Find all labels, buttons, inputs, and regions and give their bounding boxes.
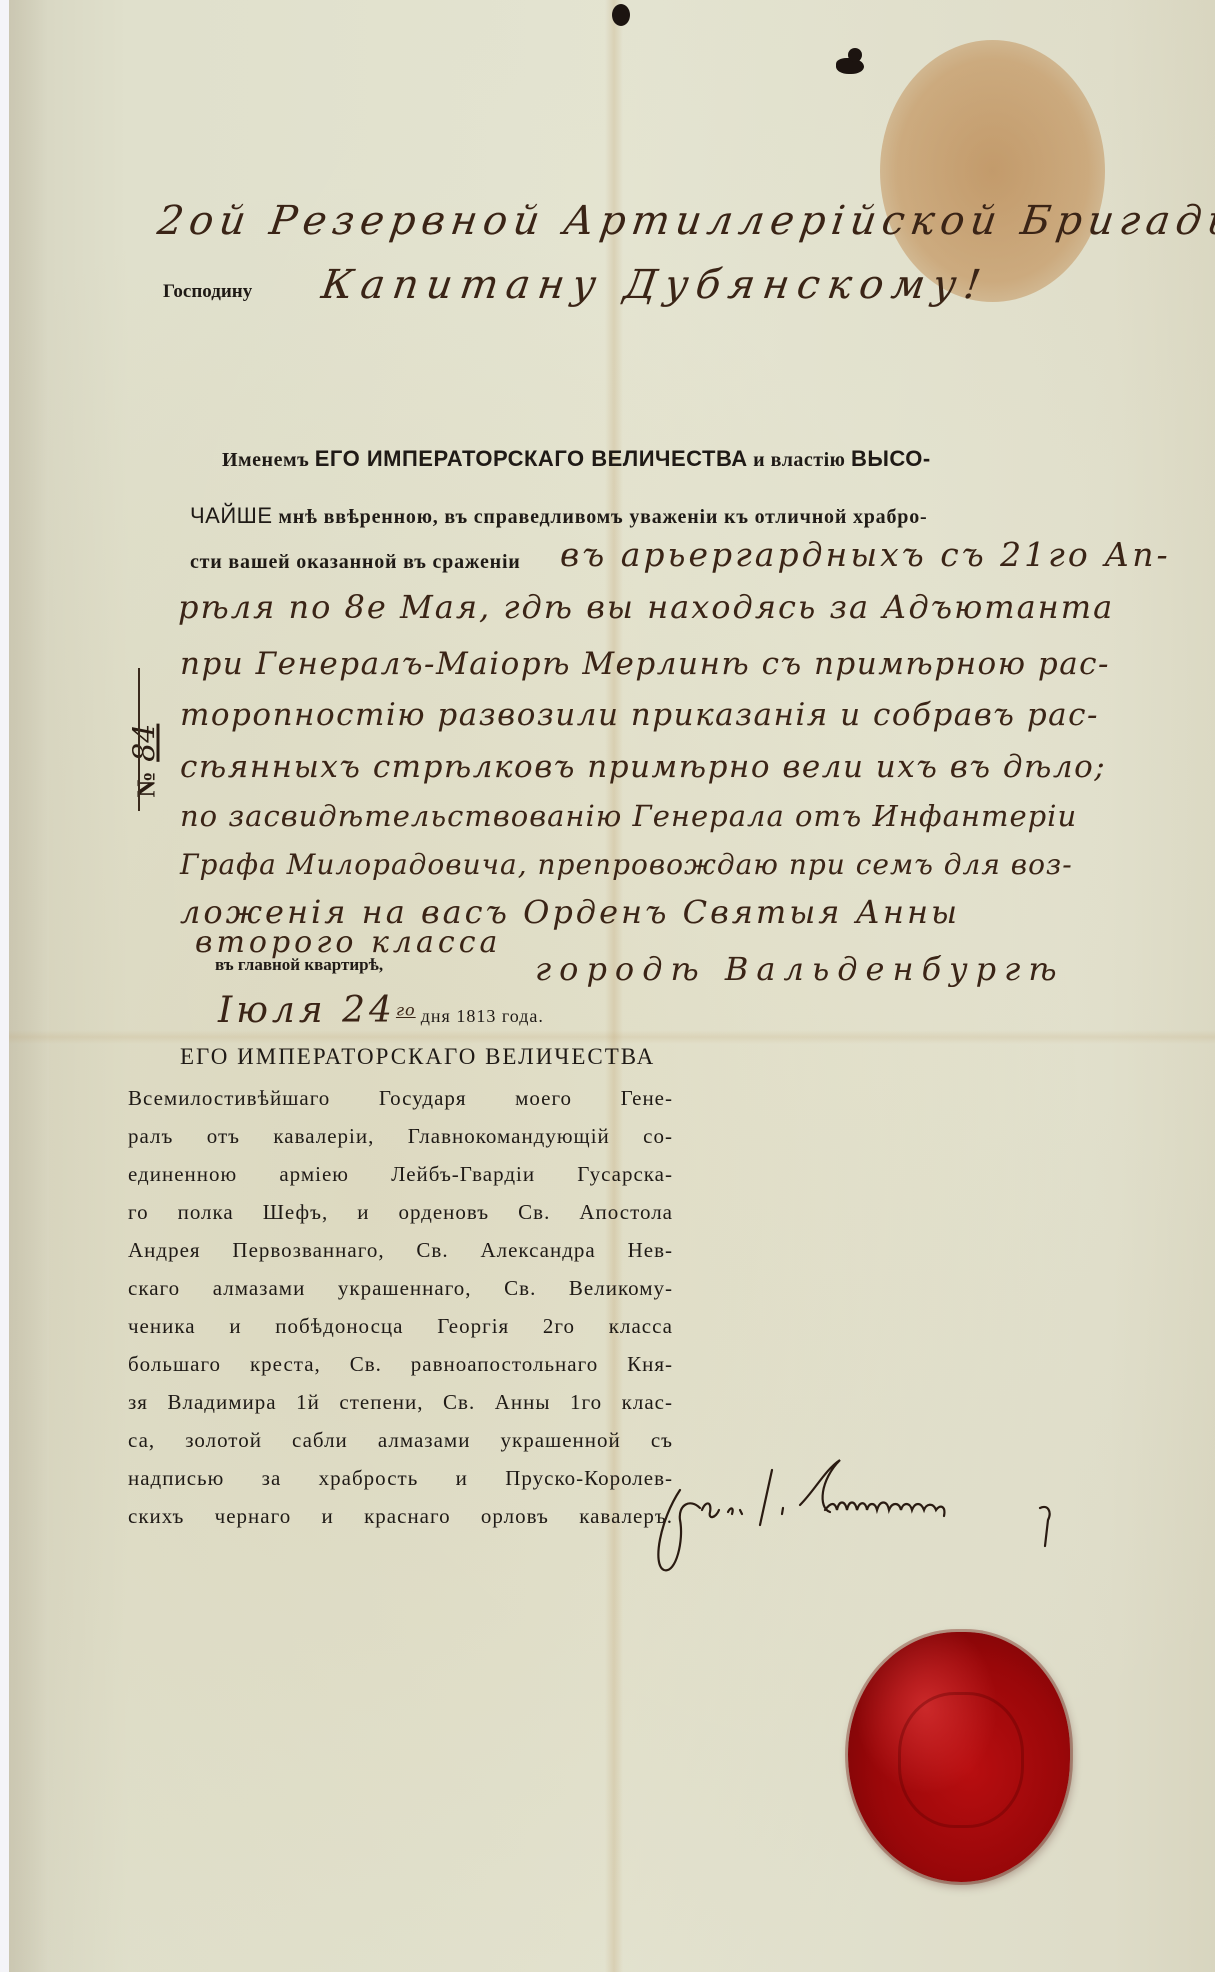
text-vlastiu: и властію: [753, 449, 845, 471]
seal-emboss: [898, 1692, 1024, 1828]
page-edge: [0, 0, 9, 1972]
date-handwritten: Іюля 24: [218, 990, 396, 1031]
handwritten-line: рѣля по 8е Мая, гдѣ вы находясь за Адъют…: [178, 588, 1114, 626]
date-printed: дня 1813 года.: [421, 1006, 544, 1026]
date-line: Іюля 24го дня 1813 года.: [218, 990, 544, 1031]
addressee-name: Капитану Дубянскому!: [319, 262, 992, 308]
date-suffix: го: [396, 1001, 416, 1020]
printed-line-3: сти вашей оказанной въ сраженіи: [190, 551, 521, 574]
signature: [650, 1450, 1080, 1580]
issuer-line: зя Владимира 1й степени, Св. Анны 1го кл…: [128, 1390, 673, 1415]
paper-left-strip: [9, 0, 49, 1972]
text-line2-rest: мнѣ ввѣренною, въ справедливомъ уваженіи…: [278, 506, 927, 528]
text-imenem: Именемъ: [222, 449, 309, 471]
issuer-line: надписью за храбрость и Пруско-Королев-: [128, 1466, 673, 1491]
number-value: 84: [128, 724, 163, 762]
ink-blot-icon: [848, 48, 862, 62]
issuer-line: Андрея Первозваннаго, Св. Александра Нев…: [128, 1238, 673, 1263]
issuer-line: ченика и побѣдоносца Георгія 2го класса: [128, 1314, 673, 1339]
handwritten-line: по засвидѣтельствованію Генерала отъ Инф…: [180, 799, 1077, 833]
text-chaishe: ЧАЙШЕ: [190, 503, 273, 528]
header-unit-line: 2ой Резервной Артиллерійской Бригады: [155, 198, 1215, 244]
document-number: № 84: [118, 625, 168, 810]
handwritten-line: Графа Милорадовича, препровождаю при сем…: [180, 848, 1073, 881]
addressee-prefix: Господину: [163, 281, 252, 303]
text-vyso: ВЫСО-: [851, 446, 931, 471]
place-printed: въ главной квартирѣ,: [215, 955, 383, 975]
margin-rule: [138, 668, 140, 811]
place-handwritten: городѣ Вальденбургѣ: [535, 950, 1065, 988]
handwritten-line: при Генералъ-Маіорѣ Мерлинѣ съ примѣрною…: [180, 646, 1110, 682]
signature-icon: [650, 1450, 1080, 1580]
number-label: №: [132, 771, 161, 797]
issuer-line: го полка Шефъ, и орденовъ Св. Апостола: [128, 1200, 673, 1225]
handwritten-line: въ арьергардныхъ съ 21го Ап-: [560, 535, 1171, 574]
handwritten-line: торопностію развозили приказанія и собра…: [180, 697, 1099, 733]
issuer-line: са, золотой сабли алмазами украшенной съ: [128, 1428, 673, 1453]
handwritten-line: сѣянныхъ стрѣлковъ примѣрно вели ихъ въ …: [180, 749, 1106, 785]
issuer-line: большаго креста, Св. равноапостольнаго К…: [128, 1352, 673, 1377]
issuer-line: скаго алмазами украшеннаго, Св. Великому…: [128, 1276, 673, 1301]
text-his-majesty: ЕГО ИМПЕРАТОРСКАГО ВЕЛИЧЕСТВА: [315, 446, 748, 471]
horizontal-fold-crease: [9, 1030, 1215, 1044]
document-number-text: № 84: [128, 628, 163, 798]
printed-line-1: Именемъ ЕГО ИМПЕРАТОРСКАГО ВЕЛИЧЕСТВА и …: [222, 446, 931, 472]
ink-blot-icon: [612, 4, 630, 26]
issuer-heading: ЕГО ИМПЕРАТОРСКАГО ВЕЛИЧЕСТВА: [180, 1044, 655, 1070]
issuer-line: ралъ отъ кавалеріи, Главнокомандующій со…: [128, 1124, 673, 1149]
issuer-line: скихъ чернаго и краснаго орловъ кавалеръ…: [128, 1504, 673, 1529]
wax-seal: [848, 1632, 1070, 1882]
printed-line-2: ЧАЙШЕ мнѣ ввѣренною, въ справедливомъ ув…: [190, 503, 927, 529]
issuer-line: единенною арміею Лейбъ-Гвардіи Гусарска-: [128, 1162, 673, 1187]
issuer-line: Всемилостивѣйшаго Государя моего Гене-: [128, 1086, 673, 1111]
